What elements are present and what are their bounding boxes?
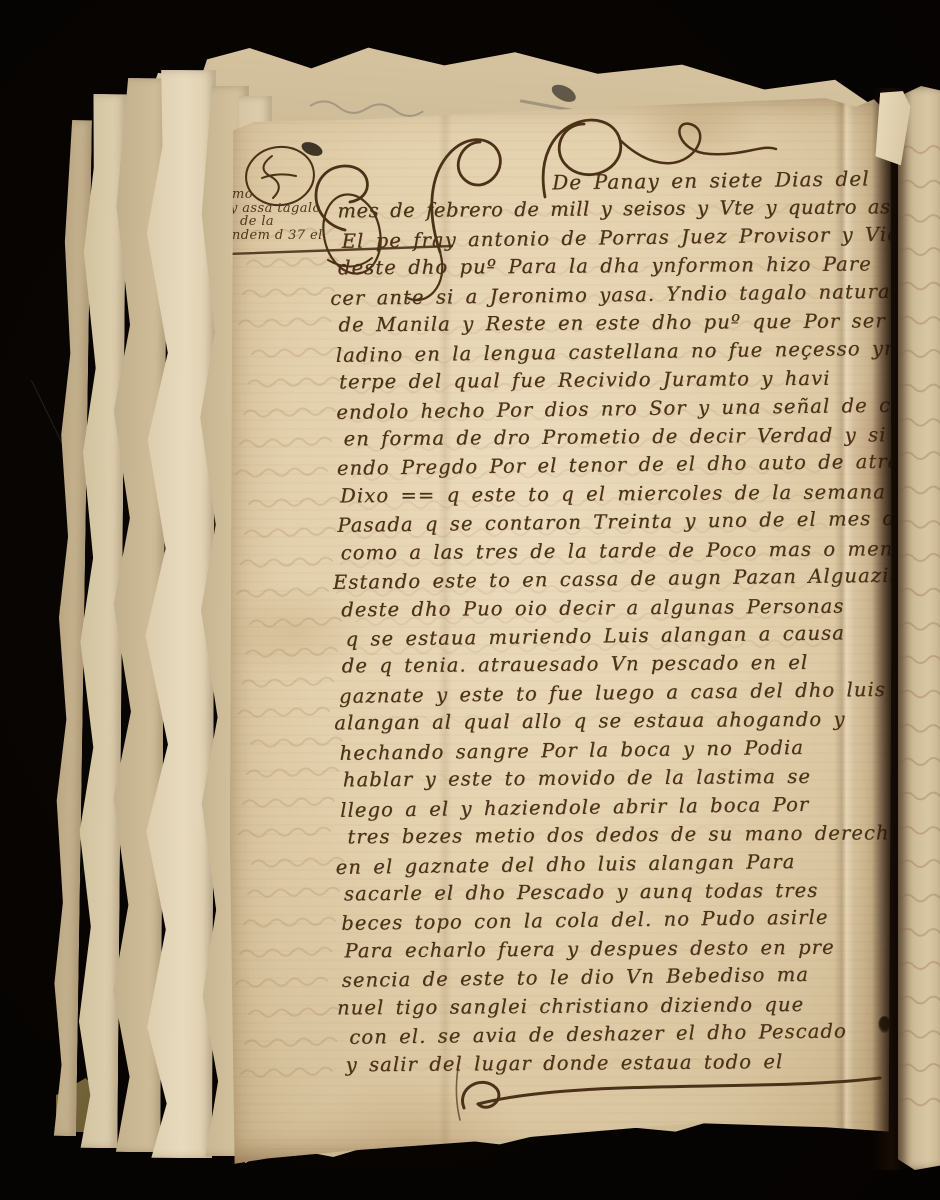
facing-page-sliver <box>898 86 940 1170</box>
manuscript-page: mo y assa tagalo de la ndem d 37 el De P… <box>228 96 892 1168</box>
opening-flourish <box>290 102 790 342</box>
facing-page-bleedthrough <box>898 86 940 1170</box>
